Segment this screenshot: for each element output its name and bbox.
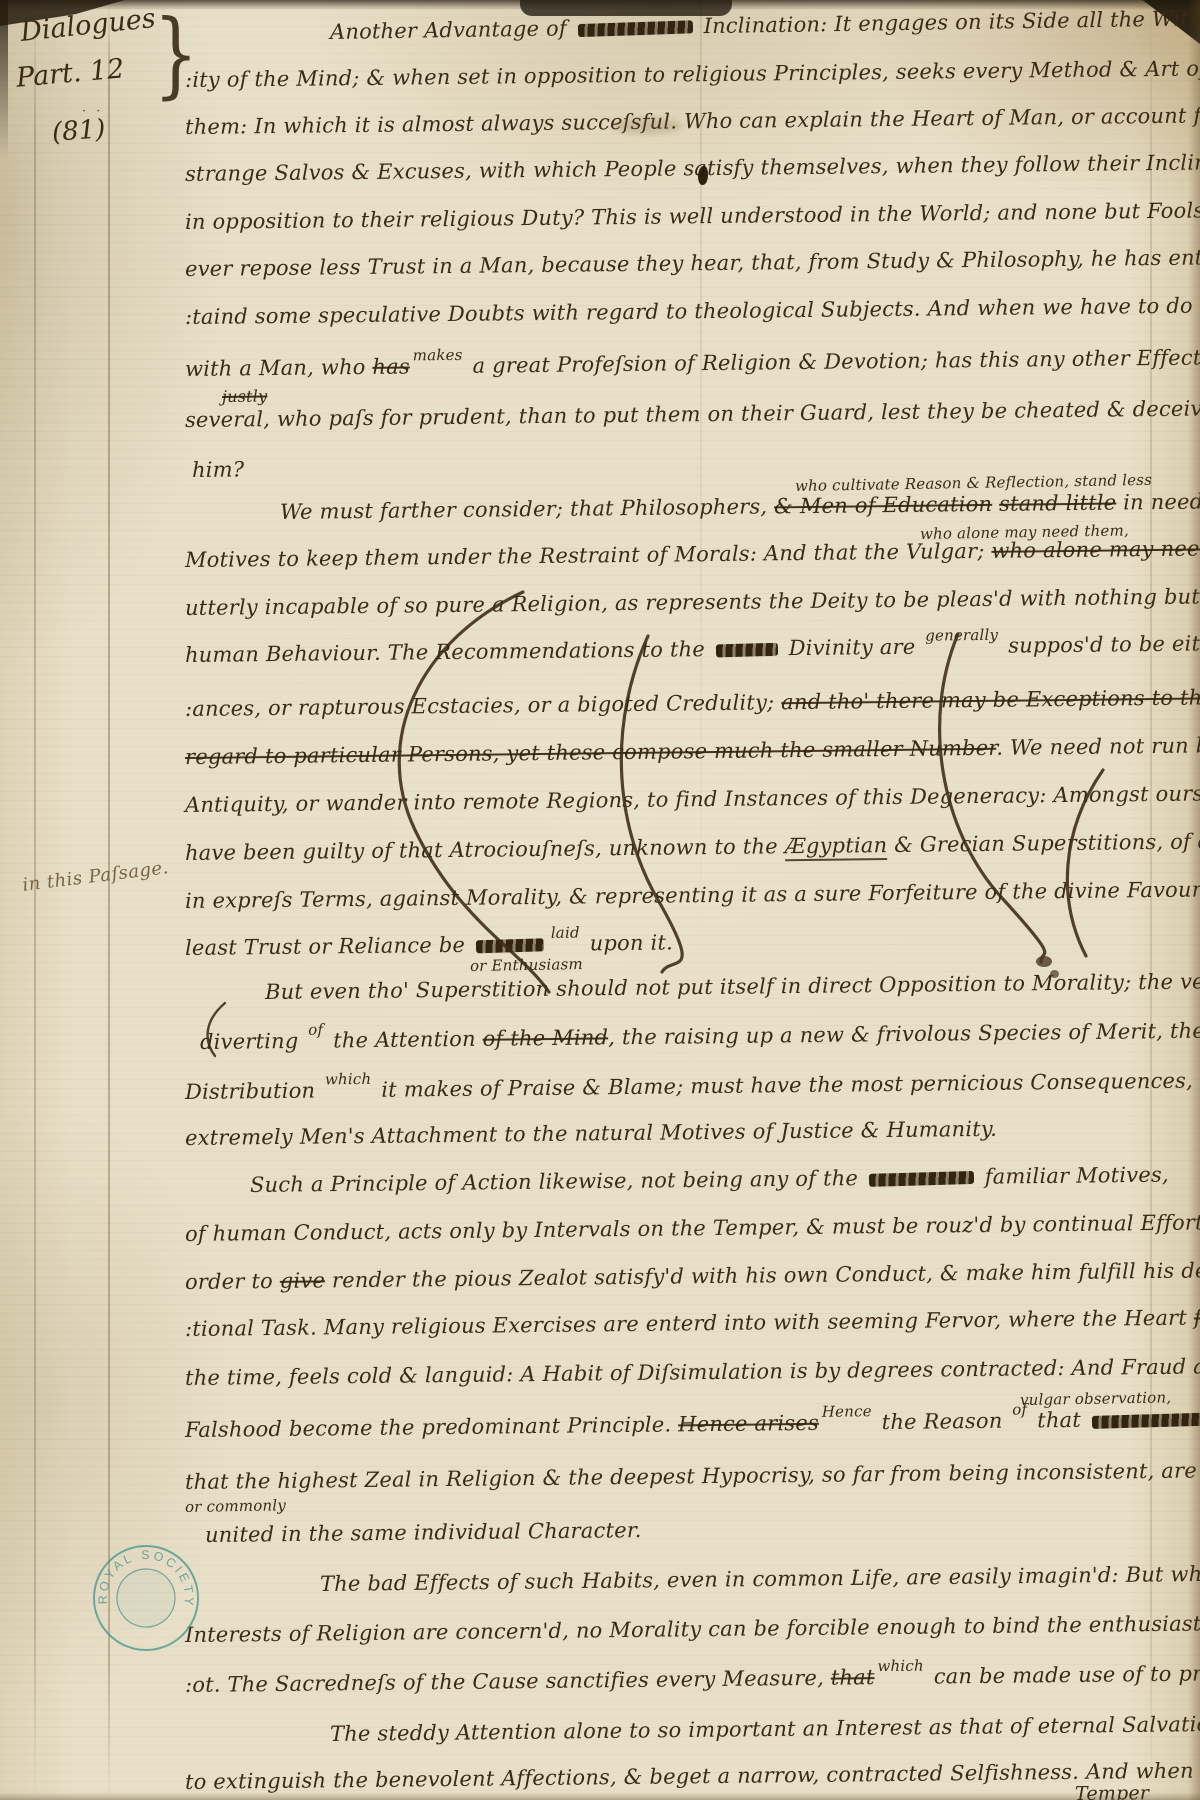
- text-run: Interests of Religion are concern'd, no …: [185, 1611, 1200, 1647]
- line-30: Falshood become the predominant Principl…: [185, 1406, 1200, 1442]
- text-run: Distribution: [185, 1078, 322, 1104]
- text-run: ever repose less Trust in a Man, because…: [185, 245, 1200, 281]
- text-run: the Attention: [326, 1027, 483, 1053]
- manuscript-page: Dialogues Part. 12 } · · (81) in this Pa…: [0, 0, 1200, 1800]
- inserted-text: Hence: [822, 1403, 872, 1421]
- text-run: of human Conduct, acts only by Intervals…: [185, 1210, 1200, 1246]
- text-run: least Trust or Reliance be: [185, 933, 472, 960]
- line-37: to extinguish the benevolent Affections,…: [185, 1758, 1200, 1794]
- inserted-text: of: [308, 1022, 323, 1039]
- ink-blot: [1050, 970, 1059, 978]
- line-35: :ot. The Sacredneſs of the Cause sanctif…: [185, 1660, 1200, 1697]
- interlinear-insertion: or commonly: [185, 1497, 286, 1516]
- line-10: him?: [192, 457, 244, 482]
- deleted-text: for: [1194, 1305, 1200, 1329]
- text-run: But even tho' Superstition should not pu…: [265, 969, 1200, 1004]
- text-run: :tional Task. Many religious Exercises a…: [185, 1306, 1194, 1341]
- text-run: vulgar observation,: [1020, 1388, 1172, 1409]
- deleted-word-justly: justly: [222, 387, 267, 406]
- text-run: it makes of Praise & Blame; must have th…: [374, 1067, 1200, 1102]
- text-run: suppos'd to be either frivolous Observ:: [1001, 629, 1200, 658]
- line-13: utterly incapable of so pure a Religion,…: [185, 583, 1200, 620]
- inserted-text: laid: [551, 925, 580, 943]
- text-run: that the highest Zeal in Religion & the …: [185, 1458, 1200, 1494]
- text-run: in need of such: [1116, 489, 1200, 515]
- line-20: least Trust or Reliance be laid upon it.: [185, 930, 673, 960]
- text-run: :ot. The Sacredneſs of the Cause sanctif…: [185, 1666, 831, 1697]
- line-09: several, who paſs for prudent, than to p…: [185, 396, 1200, 432]
- text-run: in expreſs Terms, against Morality, & re…: [185, 877, 1200, 913]
- text-run: united in the same individual Character.: [205, 1518, 642, 1547]
- inserted-text: of: [1012, 1401, 1027, 1418]
- line-15: :ances, or rapturous Ecstacies, or a big…: [185, 684, 1200, 721]
- line-22: diverting of the Attention of the Mind, …: [200, 1017, 1200, 1054]
- text-run: Such a Principle of Action likewise, not…: [250, 1166, 865, 1197]
- catchword: Temper: [1075, 1783, 1149, 1800]
- text-run: Motives to keep them under the Restraint…: [185, 539, 992, 572]
- text-run: :ity of the Mind; & when set in oppositi…: [185, 55, 1200, 92]
- text-run: human Behaviour. The Recommendations to …: [185, 637, 712, 667]
- text-run: a great Profeſsion of Religion & Devotio…: [466, 345, 1200, 378]
- text-run: to extinguish the benevolent Affections,…: [185, 1758, 1200, 1794]
- deleted-text: & Men of Education: [774, 492, 992, 518]
- text-run: Divinity are: [782, 635, 923, 661]
- line-32: united in the same individual Character.: [205, 1518, 642, 1547]
- line-34: Interests of Religion are concern'd, no …: [185, 1611, 1200, 1648]
- deleted-text: and tho' there may be Exceptions to this…: [781, 684, 1200, 714]
- line-19: in expreſs Terms, against Morality, & re…: [185, 877, 1200, 913]
- text-run: in opposition to their religious Duty? T…: [185, 198, 1200, 234]
- text-run: or commonly: [185, 1496, 286, 1516]
- line-12: Motives to keep them under the Restraint…: [185, 535, 1200, 572]
- text-run: the Reason: [875, 1409, 1010, 1435]
- line-03: them: In which it is almost always succe…: [185, 102, 1200, 139]
- line-18: have been guilty of that Atrociouſneſs, …: [185, 828, 1200, 865]
- text-run: Antiquity, or wander into remote Regions…: [185, 780, 1200, 817]
- inserted-text: which: [877, 1658, 924, 1676]
- text-run: order to: [185, 1269, 280, 1294]
- text-run: extremely Men's Attachment to the natura…: [185, 1117, 997, 1150]
- manuscript-text-block: Another Advantage of Inclination: It eng…: [0, 0, 1200, 1800]
- line-17: Antiquity, or wander into remote Regions…: [185, 780, 1200, 817]
- underlined-text: Ægyptian: [785, 833, 888, 861]
- line-04: strange Salvos & Excuses, with which Peo…: [185, 150, 1200, 187]
- text-run: them: In which it is almost always succe…: [185, 102, 1200, 139]
- text-run: can be made use of to promote it.: [927, 1660, 1200, 1688]
- line-33: The bad Effects of such Habits, even in …: [320, 1561, 1200, 1596]
- deleted-text: has: [372, 354, 410, 378]
- text-run: :ances, or rapturous Ecstacies, or a big…: [185, 690, 781, 721]
- line-11: We must farther consider; that Philosoph…: [280, 489, 1200, 525]
- deleted-text: justly: [222, 386, 267, 406]
- text-run: him?: [192, 457, 244, 482]
- inserted-text: generally: [925, 627, 998, 645]
- inserted-text: which: [325, 1071, 372, 1089]
- line-14: human Behaviour. The Recommendations to …: [185, 629, 1200, 667]
- text-run: Temper: [1075, 1782, 1149, 1800]
- line-07: :taind some speculative Doubts with rega…: [185, 294, 1193, 330]
- line-06: ever repose less Trust in a Man, because…: [185, 245, 1200, 281]
- inserted-text: makes: [413, 347, 463, 365]
- text-run: the time, feels cold & languid: A Habit …: [185, 1354, 1200, 1390]
- line-08: with a Man, who hasmakes a great Profeſs…: [185, 345, 1200, 381]
- line-31: that the highest Zeal in Religion & the …: [185, 1458, 1200, 1494]
- ink-scribble: [476, 938, 544, 953]
- line-36: The steddy Attention alone to so importa…: [330, 1711, 1200, 1746]
- text-run: render the pious Zealot satisfy'd with h…: [325, 1258, 1200, 1292]
- text-run: & Grecian Superstitions, of declaiming: [887, 828, 1200, 857]
- ink-scribble: [578, 20, 693, 37]
- text-run: :taind some speculative Doubts with rega…: [185, 294, 1193, 329]
- text-run: The bad Effects of such Habits, even in …: [320, 1561, 1200, 1596]
- line-21: But even tho' Superstition should not pu…: [265, 969, 1200, 1004]
- line-25: Such a Principle of Action likewise, not…: [250, 1163, 1169, 1198]
- line-29: the time, feels cold & languid: A Habit …: [185, 1354, 1200, 1390]
- line-27: order to give render the pious Zealot sa…: [185, 1258, 1200, 1294]
- text-run: several, who paſs for prudent, than to p…: [185, 396, 1200, 432]
- ink-blot: [1036, 956, 1052, 967]
- deleted-text: that: [831, 1665, 875, 1689]
- text-run: utterly incapable of so pure a Religion,…: [185, 583, 1200, 620]
- text-run: Falshood become the predominant Principl…: [185, 1412, 678, 1442]
- line-26: of human Conduct, acts only by Intervals…: [185, 1210, 1200, 1246]
- text-run: The steddy Attention alone to so importa…: [330, 1711, 1200, 1746]
- text-run: or Enthusiasm: [470, 955, 583, 975]
- text-run: familiar Motives,: [978, 1163, 1169, 1189]
- deleted-text: regard to particular Persons, yet these …: [185, 736, 997, 769]
- text-run: strange Salvos & Excuses, with which Peo…: [185, 150, 1200, 186]
- deleted-text: Hence arises: [678, 1411, 819, 1437]
- text-run: . We need not run back into: [996, 732, 1200, 759]
- ink-scribble: [716, 643, 778, 658]
- text-run: that: [1030, 1408, 1088, 1433]
- line-05: in opposition to their religious Duty? T…: [185, 198, 1200, 234]
- ink-smudge: [612, 118, 682, 134]
- interlinear-insertion: or Enthusiasm: [470, 956, 583, 975]
- deleted-text: of the Mind: [483, 1025, 609, 1050]
- deleted-text: give: [280, 1268, 326, 1293]
- ink-scribble: [1092, 1412, 1200, 1429]
- text-run: upon it.: [583, 930, 673, 955]
- deleted-text: stand little: [999, 491, 1116, 516]
- line-24: extremely Men's Attachment to the natura…: [185, 1117, 997, 1150]
- text-run: diverting: [200, 1029, 306, 1054]
- line-02: :ity of the Mind; & when set in oppositi…: [185, 55, 1200, 92]
- line-16: regard to particular Persons, yet these …: [185, 732, 1200, 769]
- line-23: Distribution which it makes of Praise & …: [185, 1067, 1200, 1104]
- text-run: with a Man, who: [185, 355, 373, 381]
- line-01: Another Advantage of Inclination: It eng…: [330, 5, 1200, 44]
- text-run: , the raising up a new & frivolous Speci…: [608, 1017, 1200, 1049]
- text-run: Another Advantage of: [330, 16, 574, 44]
- deleted-text: who alone may need them: [991, 536, 1200, 563]
- ink-scribble: [869, 1171, 974, 1187]
- text-run: We must farther consider; that Philosoph…: [280, 494, 774, 524]
- text-run: Inclination: It engages on its Side all …: [697, 5, 1200, 39]
- line-28: :tional Task. Many religious Exercises a…: [185, 1305, 1200, 1341]
- text-run: have been guilty of that Atrociouſneſs, …: [185, 834, 785, 865]
